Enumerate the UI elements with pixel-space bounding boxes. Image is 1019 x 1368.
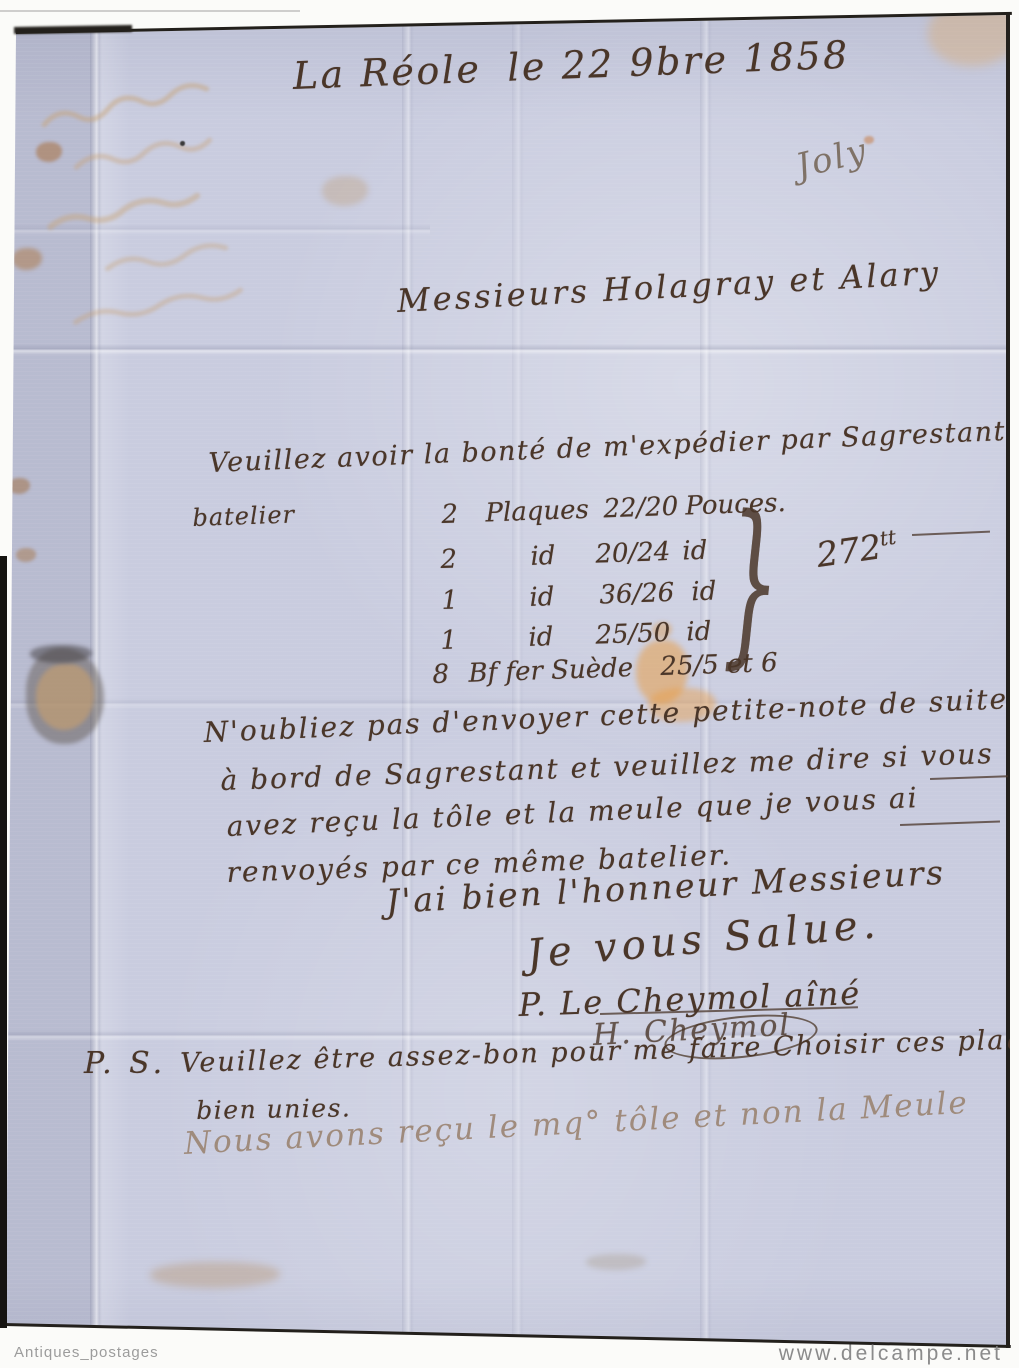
order-size: 25/50	[595, 618, 671, 651]
order-size: 22/20	[603, 492, 679, 525]
watermark-seller: Antiques_postages	[14, 1344, 159, 1361]
total-unit: tt	[878, 525, 897, 551]
scanned-letter-page: La Réole le 22 9bre 1858 Joly Messieurs …	[0, 0, 1019, 1368]
total-value: 272	[814, 527, 884, 576]
paragraph-line: N'oubliez pas d'envoyer cette petite-not…	[203, 682, 1009, 749]
request-line: Veuillez avoir la bonté de m'expédier pa…	[208, 416, 1006, 479]
order-qty: 2	[441, 499, 459, 530]
handwriting-layer: La Réole le 22 9bre 1858 Joly Messieurs …	[0, 0, 1019, 1368]
order-unit: id	[682, 536, 708, 567]
order-item: id	[529, 582, 555, 613]
order-qty: 8	[432, 659, 450, 690]
dateline-place: La Réole	[292, 47, 482, 98]
request-carrier: batelier	[192, 500, 295, 532]
order-item: Plaques	[485, 495, 589, 529]
line-end-dash	[930, 775, 1008, 780]
order-item: Bf fer Suède	[468, 653, 634, 689]
line-end-dash	[900, 821, 1000, 826]
order-item: id	[528, 622, 554, 653]
order-total: 272tt	[814, 525, 900, 576]
order-brace: }	[722, 492, 780, 672]
ps-label: P. S.	[84, 1046, 166, 1081]
order-qty: 1	[440, 625, 458, 656]
dateline: La Réole le 22 9bre 1858	[292, 33, 850, 98]
order-size: 20/24	[595, 537, 671, 570]
order-qty: 1	[441, 585, 459, 616]
order-qty: 2	[440, 544, 458, 575]
valediction: Je vous Salue.	[525, 901, 882, 978]
salutation-line: Messieurs Holagray et Alary	[396, 253, 942, 319]
docket-note: Joly	[792, 131, 872, 187]
order-size: 36/26	[599, 578, 675, 611]
total-flourish-stroke	[912, 531, 990, 536]
watermark-site: www.delcampe.net	[779, 1342, 1003, 1366]
dateline-date: le 22 9bre 1858	[506, 33, 850, 90]
order-unit: id	[691, 576, 717, 607]
order-unit: id	[686, 617, 712, 648]
order-item: id	[530, 541, 556, 572]
